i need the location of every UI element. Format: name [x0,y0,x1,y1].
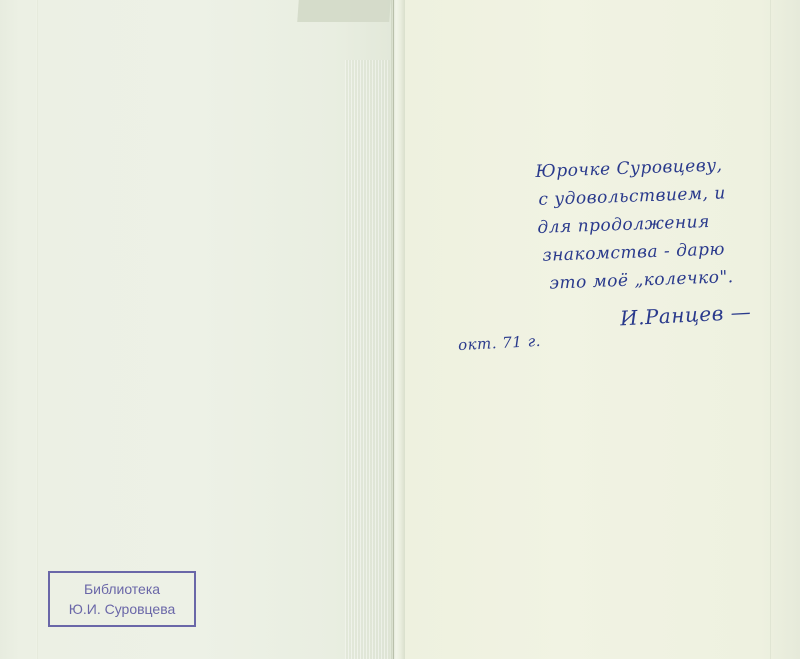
library-stamp: Библиотека Ю.И. Суровцева [48,571,196,627]
right-page [405,0,800,659]
stamp-line-2: Ю.И. Суровцева [50,599,194,619]
page-edge-line [770,0,771,659]
tape-strip [297,0,391,22]
handwritten-dedication: Юрочке Суровцеву, с удовольствием, и для… [535,151,734,298]
left-endpaper [0,0,393,659]
stamp-line-1: Библиотека [50,579,194,599]
left-fold-line [36,0,38,659]
gutter-line [393,0,394,659]
book-spread: Библиотека Ю.И. Суровцева Юрочке Суровце… [0,0,800,659]
paper-texture [345,60,390,659]
